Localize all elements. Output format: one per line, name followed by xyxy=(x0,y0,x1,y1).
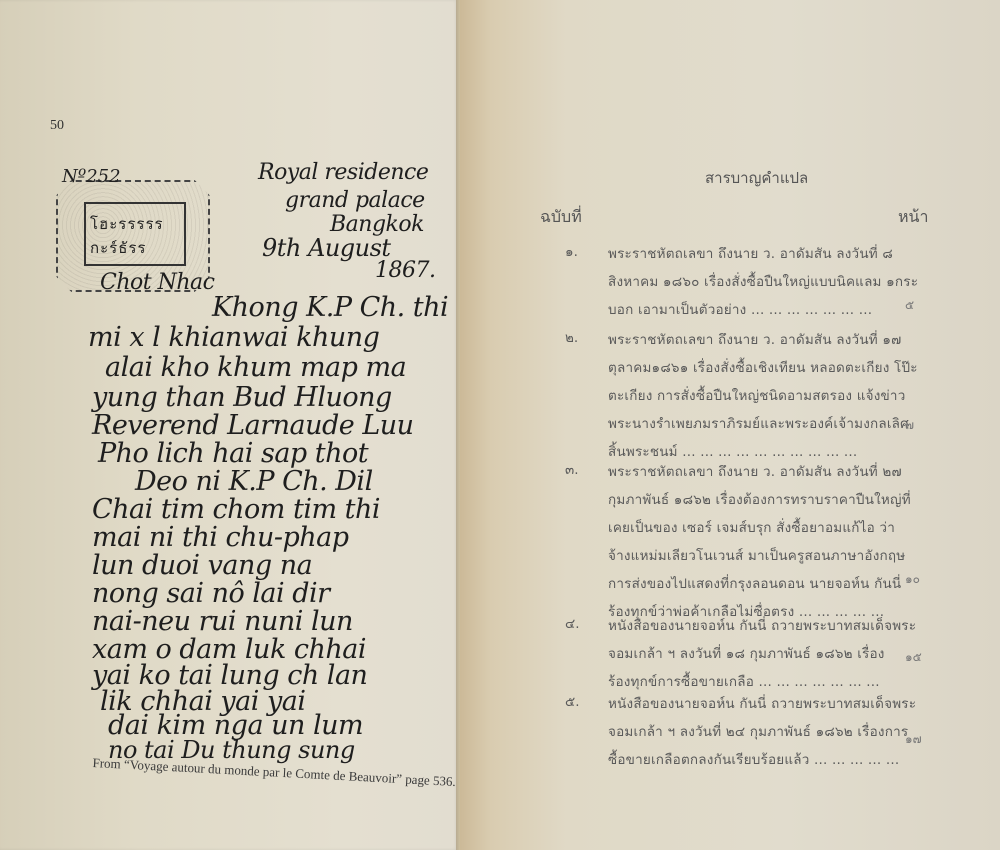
seal-text-line: กะร์ธัรร xyxy=(90,236,146,260)
letter-header-line: 1867. xyxy=(375,258,435,283)
toc-title: สารบาญคำแปล xyxy=(705,166,808,190)
letter-header-line: Royal residence xyxy=(258,160,428,185)
toc-entry-line: ซื้อขายเกลือตกลงกันเรียบร้อยแล้ว ... ...… xyxy=(608,746,908,774)
letter-body-line: alai kho khum map ma xyxy=(105,352,406,383)
toc-entry-line: หนังสือของนายจอห์น กันนี่ ถวายพระบาทสมเด… xyxy=(608,612,908,640)
toc-entry-line: จ้างแหม่มเลียวโนเวนส์ มาเป็นครูสอนภาษาอั… xyxy=(608,542,908,570)
letter-salutation: Chot Nhac xyxy=(100,270,214,295)
toc-page-number: ๗ xyxy=(905,416,914,435)
seal-text-line: โฮะรรรรร xyxy=(90,212,164,236)
letter-body-line: mi x l khianwai khung xyxy=(88,322,379,353)
toc-entry-line: ตะเกียง การสั่งซื้อปืนใหญ่ชนิดอามสตรอง แ… xyxy=(608,382,908,410)
toc-entry-line: หนังสือของนายจอห์น กันนี่ ถวายพระบาทสมเด… xyxy=(608,690,908,718)
toc-entry-line: พระราชหัตถเลขา ถึงนาย ว. อาดัมสัน ลงวันท… xyxy=(608,458,908,486)
toc-column-header-page: หน้า xyxy=(898,205,928,230)
letter-body-line: Chai tim chom tim thi xyxy=(92,494,380,525)
letter-body-line: yung than Bud Hluong xyxy=(92,382,392,413)
stamp-number: Nº252 xyxy=(62,166,121,187)
toc-page-number: ๕ xyxy=(905,296,914,315)
toc-entry-line: การส่งของไปแสดงที่กรุงลอนดอน นายจอห์น กั… xyxy=(608,570,908,598)
letter-body-line: mai ni thi chu-phap xyxy=(92,522,349,553)
letter-body-line: Pho lich hai sap thot xyxy=(98,438,368,469)
toc-entry-line: บอก เอามาเป็นตัวอย่าง ... ... ... ... ..… xyxy=(608,296,908,324)
toc-entry-line: พระนางรำเพยภมราภิรมย์และพระองค์เจ้ามงกลเ… xyxy=(608,410,908,438)
toc-column-header-number: ฉบับที่ xyxy=(540,205,582,230)
toc-entry-number: ๕. xyxy=(565,690,580,712)
book-gutter xyxy=(456,0,460,850)
toc-page-number: ๑๕ xyxy=(905,648,922,667)
toc-entry-number: ๓. xyxy=(565,458,579,480)
toc-page-number: ๑๐ xyxy=(905,570,920,589)
toc-entry-line: ตุลาคม๑๘๖๑ เรื่องสั่งซื้อเชิงเทียน หลอดต… xyxy=(608,354,908,382)
letter-body-line: lun duoi vang na xyxy=(92,550,312,581)
letter-body-line: Reverend Larnaude Luu xyxy=(92,410,414,441)
toc-entry-number: ๑. xyxy=(565,240,578,262)
letter-body-line: Deo ni K.P Ch. Dil xyxy=(135,466,373,497)
toc-entry-number: ๒. xyxy=(565,326,578,348)
letter-body-line: nong sai nô lai dir xyxy=(92,578,330,609)
toc-entry-line: สิงหาคม ๑๘๖๐ เรื่องสั่งซื้อปืนใหญ่แบบนิค… xyxy=(608,268,908,296)
page-number: 50 xyxy=(50,118,64,134)
letter-header-line: grand palace xyxy=(285,188,425,213)
toc-page-number: ๑๗ xyxy=(905,730,922,749)
toc-entry-line: พระราชหัตถเลขา ถึงนาย ว. อาดัมสัน ลงวันท… xyxy=(608,326,908,354)
toc-entry-line: กุมภาพันธ์ ๑๘๖๒ เรื่องต้องการทราบราคาปืน… xyxy=(608,486,908,514)
letter-body-line: nai-neu rui nuni lun xyxy=(92,606,353,637)
letter-body-line: Khong K.P Ch. thi xyxy=(212,292,448,323)
toc-entry-line: จอมเกล้า ฯ ลงวันที่ ๑๘ กุมภาพันธ์ ๑๘๖๒ เ… xyxy=(608,640,908,668)
letter-header-line: 9th August xyxy=(262,234,391,262)
toc-entry-line: พระราชหัตถเลขา ถึงนาย ว. อาดัมสัน ลงวันท… xyxy=(608,240,908,268)
toc-entry-number: ๔. xyxy=(565,612,580,634)
toc-entry-line: จอมเกล้า ฯ ลงวันที่ ๒๔ กุมภาพันธ์ ๑๘๖๒ เ… xyxy=(608,718,908,746)
toc-entry-line: เคยเป็นของ เซอร์ เจมส์บรุก สั่งซื้อยาอมแ… xyxy=(608,514,908,542)
